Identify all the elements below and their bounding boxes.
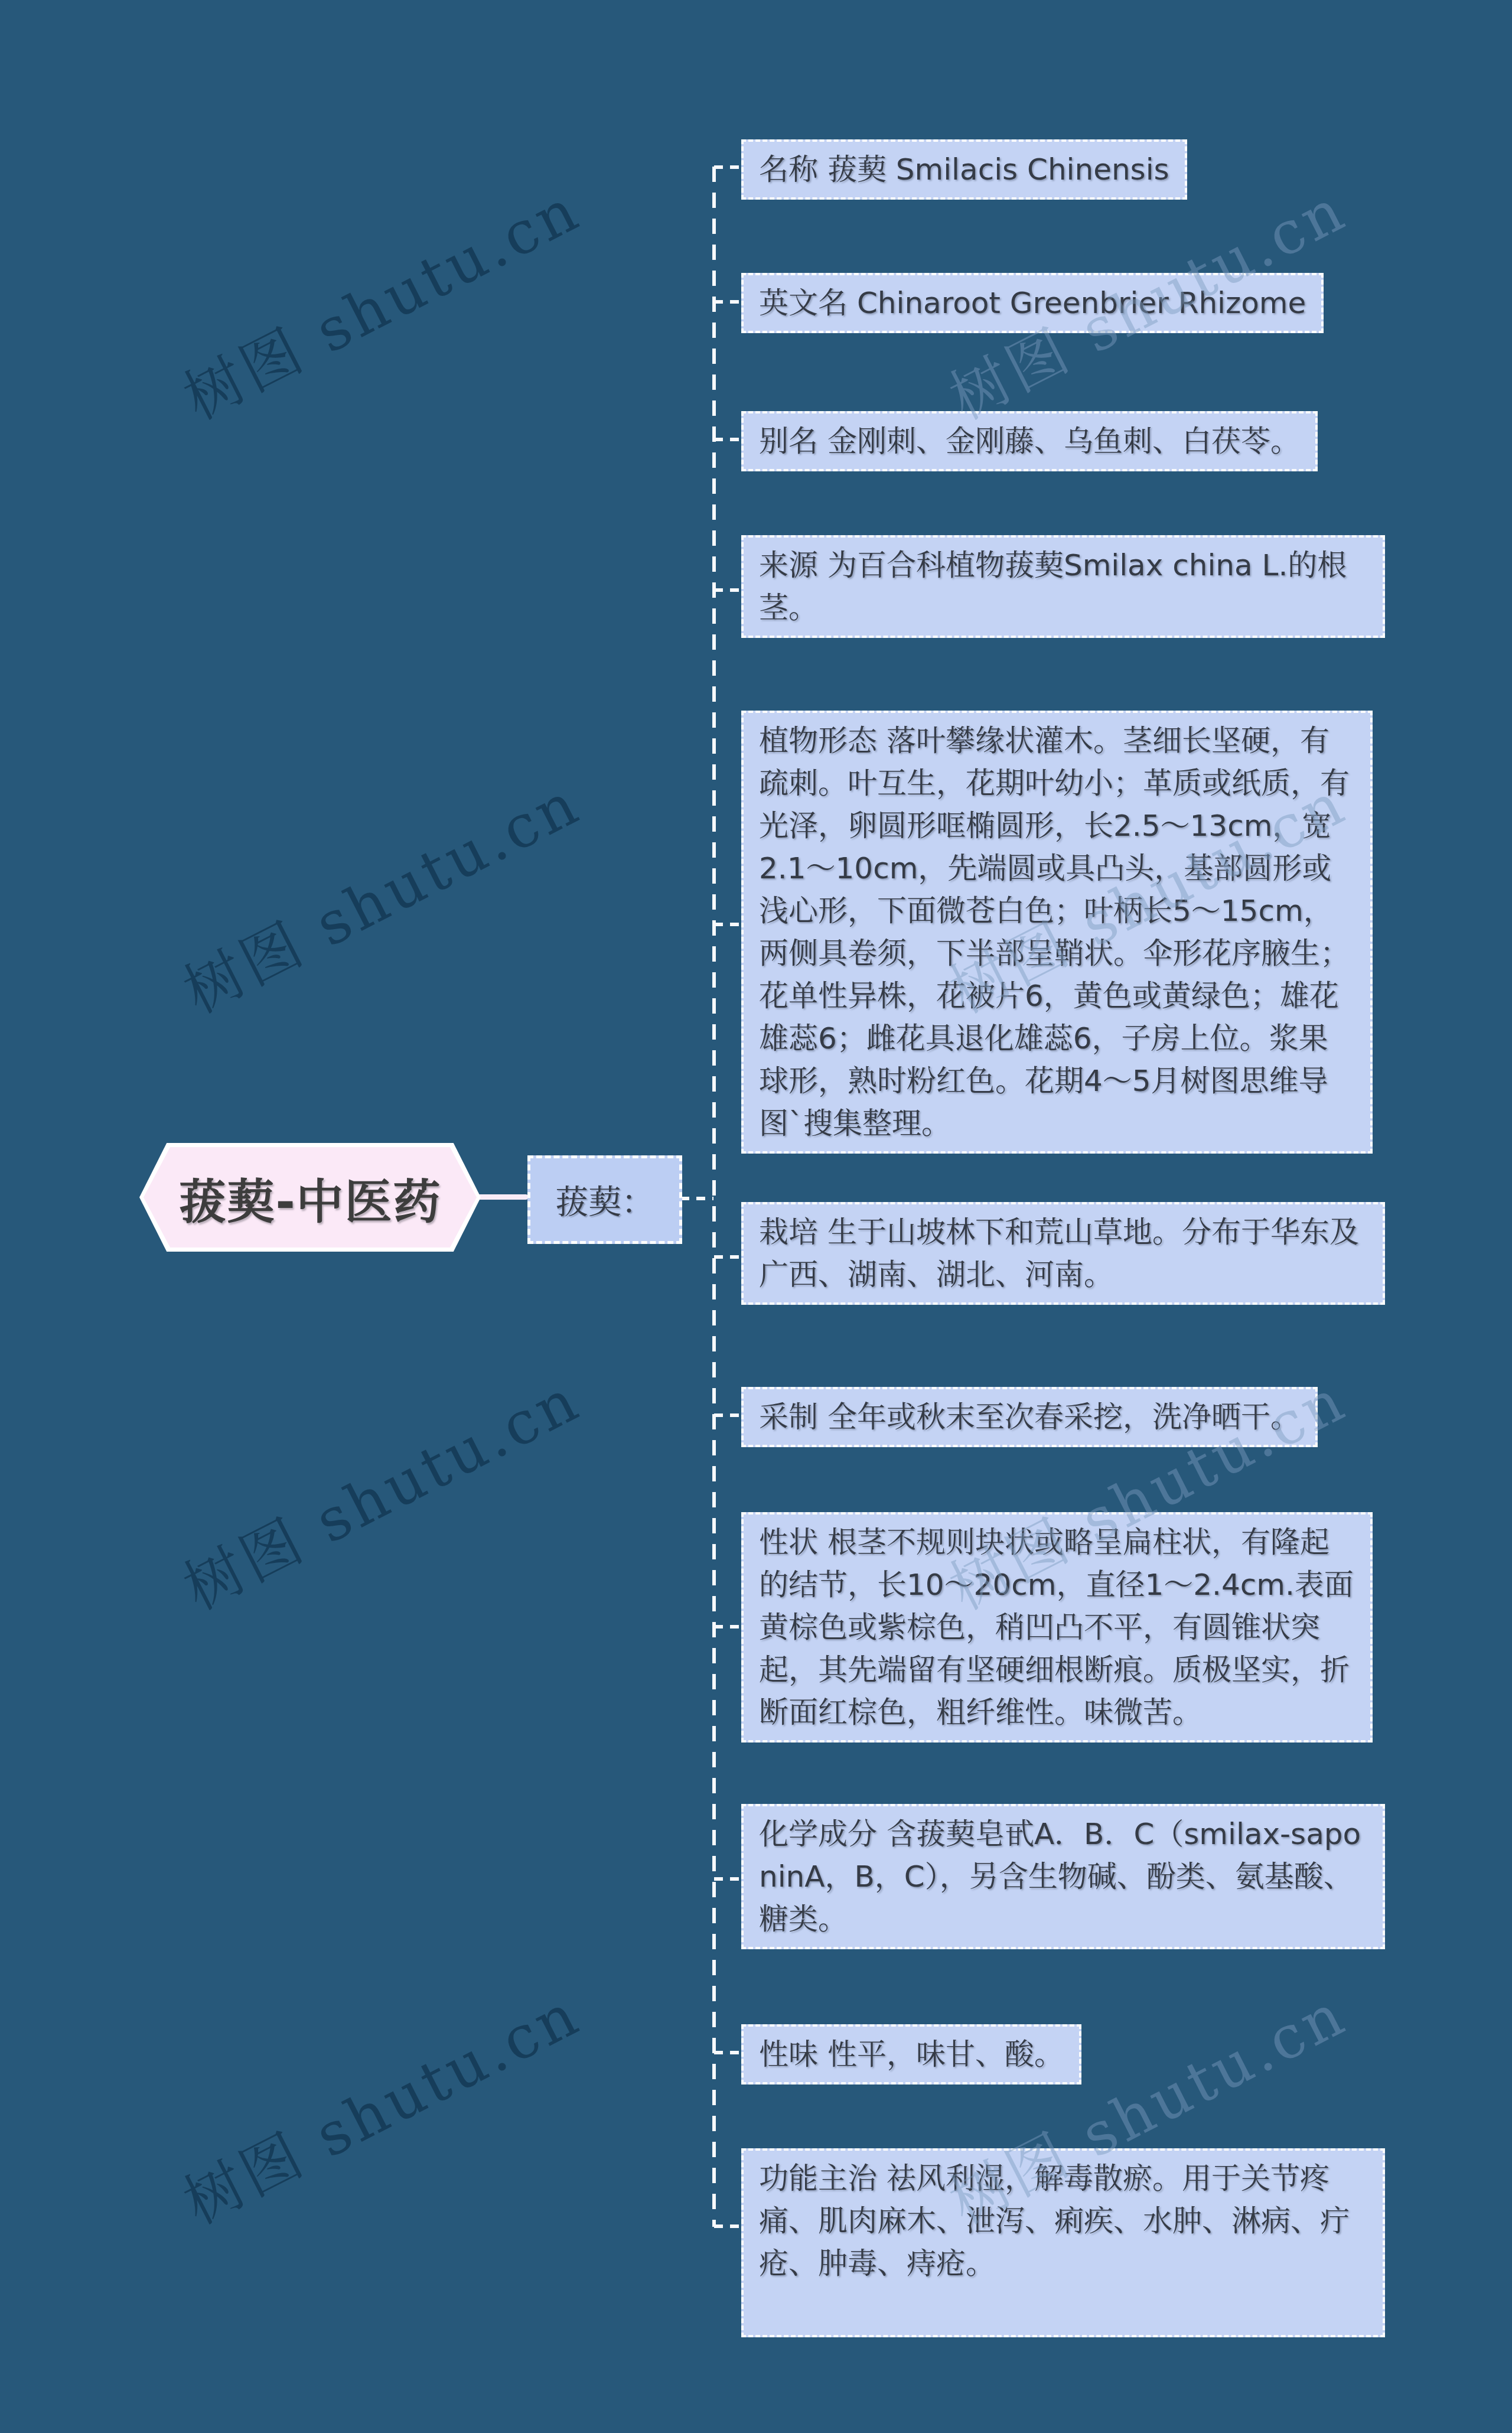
- connector-stub: [714, 2224, 742, 2228]
- branch-node-indications[interactable]: 功能主治 祛风利湿，解毒散瘀。用于关节疼痛、肌肉麻木、泄泻、痢疾、水肿、淋病、疔…: [741, 2148, 1385, 2337]
- connector-stub: [714, 923, 742, 926]
- branch-node-morphology[interactable]: 植物形态 落叶攀缘状灌木。茎细长坚硬，有疏刺。叶互生，花期叶幼小；革质或纸质，有…: [741, 711, 1373, 1154]
- connector-stub: [714, 1413, 742, 1417]
- watermark-text: 树图 shutu.cn: [155, 1347, 604, 1632]
- watermark-text: 树图 shutu.cn: [155, 1962, 604, 2246]
- watermark-text: 树图 shutu.cn: [155, 157, 604, 442]
- branch-node-name[interactable]: 名称 菝葜 Smilacis Chinensis: [741, 139, 1187, 200]
- branch-node-alias[interactable]: 别名 金刚刺、金刚藤、乌鱼刺、白茯苓。: [741, 411, 1318, 471]
- connector-stub: [714, 2051, 742, 2054]
- mindmap-canvas: 菝葜-中医药 菝葜： 名称 菝葜 Smilacis Chinensis 英文名 …: [0, 0, 1512, 2433]
- branch-node-source[interactable]: 来源 为百合科植物菝葜Smilax china L.的根茎。: [741, 535, 1385, 638]
- branch-node-cultivation[interactable]: 栽培 生于山坡林下和荒山草地。分布于华东及广西、湖南、湖北、河南。: [741, 1202, 1385, 1305]
- hub-node[interactable]: 菝葜：: [527, 1155, 682, 1244]
- hub-node-label: 菝葜：: [555, 1176, 654, 1223]
- connector-stub: [714, 438, 742, 441]
- connector-stub: [714, 1255, 742, 1259]
- root-node-label: 菝葜-中医药: [178, 1164, 441, 1232]
- branch-node-english[interactable]: 英文名 Chinaroot Greenbrier Rhizome: [741, 273, 1324, 333]
- connector-stub: [714, 588, 742, 592]
- connector-stub: [714, 300, 742, 304]
- connector-stub: [714, 1877, 742, 1881]
- branch-node-character[interactable]: 性状 根茎不规则块状或略呈扁柱状，有隆起的结节，长10～20cm，直径1～2.4…: [741, 1512, 1373, 1742]
- branch-node-harvest[interactable]: 采制 全年或秋末至次春采挖，洗净晒干。: [741, 1387, 1318, 1447]
- branch-node-taste[interactable]: 性味 性平，味甘、酸。: [741, 2024, 1081, 2085]
- branch-node-chemistry[interactable]: 化学成分 含菝葜皂甙A．B．C（smilax-saponinA，B，C），另含生…: [741, 1804, 1385, 1949]
- hub-connector-stub: [680, 1197, 713, 1200]
- watermark-text: 树图 shutu.cn: [155, 751, 604, 1035]
- connector-stub: [714, 1625, 742, 1628]
- root-node-fill: 菝葜-中医药: [144, 1147, 477, 1248]
- connector-stub: [714, 165, 742, 169]
- root-node[interactable]: 菝葜-中医药: [139, 1143, 481, 1252]
